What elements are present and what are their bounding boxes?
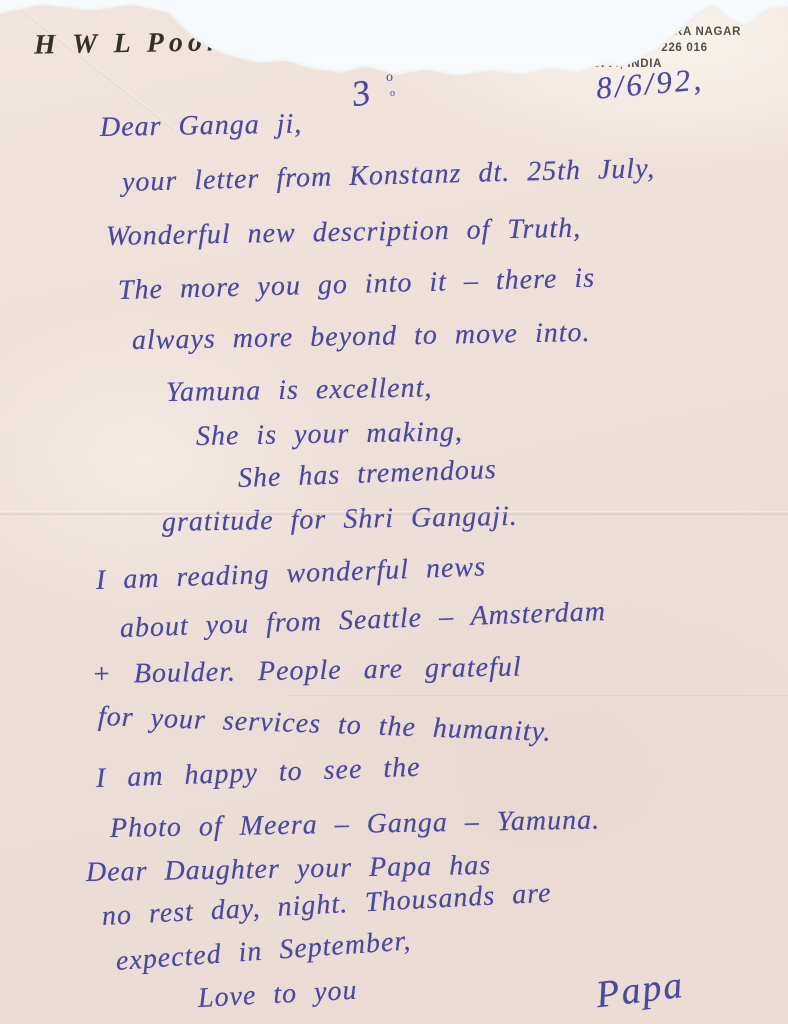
letter-line: Yamuna is excellent,: [166, 372, 433, 409]
om-upper-mark: o: [386, 70, 393, 86]
letter-line: gratitude for Shri Gangaji.: [162, 501, 518, 539]
valediction: Love to you: [197, 975, 358, 1015]
letter-line: Photo of Meera – Ganga – Yamuna.: [110, 804, 601, 845]
letter-line: I am happy to see the: [95, 752, 421, 795]
letter-line: She has tremendous: [237, 454, 497, 495]
letter-line: expected in September,: [115, 925, 412, 978]
letter-line: The more you go into it – there is: [118, 263, 596, 307]
om-lower-mark: o: [390, 88, 395, 99]
letter-line: for your services to the humanity.: [97, 701, 552, 749]
paper: H W L Poon 20/144A, INDIRA NAGAR LUCKNOW…: [0, 0, 788, 1024]
letter-line: Dear Ganga ji,: [100, 108, 303, 144]
letter-line: about you from Seattle – Amsterdam: [119, 596, 606, 645]
letter-line: Wonderful new description of Truth,: [106, 213, 582, 253]
letterhead-address-line: LUCKNOW-226 016: [592, 40, 741, 56]
letter-line: always more beyond to move into.: [132, 317, 591, 357]
paper-fold-crease: [290, 693, 788, 696]
om-base-stroke: 3: [348, 71, 373, 115]
letter-line: + Boulder. People are grateful: [92, 652, 522, 691]
om-symbol-icon: 3 o o: [352, 72, 370, 114]
signature: Papa: [594, 963, 687, 1017]
letter-line: I am reading wonderful news: [95, 551, 486, 597]
letterhead-address-line: 20/144A, INDIRA NAGAR: [592, 24, 741, 40]
letter-line: She is your making,: [196, 416, 463, 453]
letterhead-name: H W L Poon: [34, 26, 228, 61]
letter-line: your letter from Konstanz dt. 25th July,: [122, 153, 656, 199]
scanned-letter: H W L Poon 20/144A, INDIRA NAGAR LUCKNOW…: [0, 0, 788, 1024]
